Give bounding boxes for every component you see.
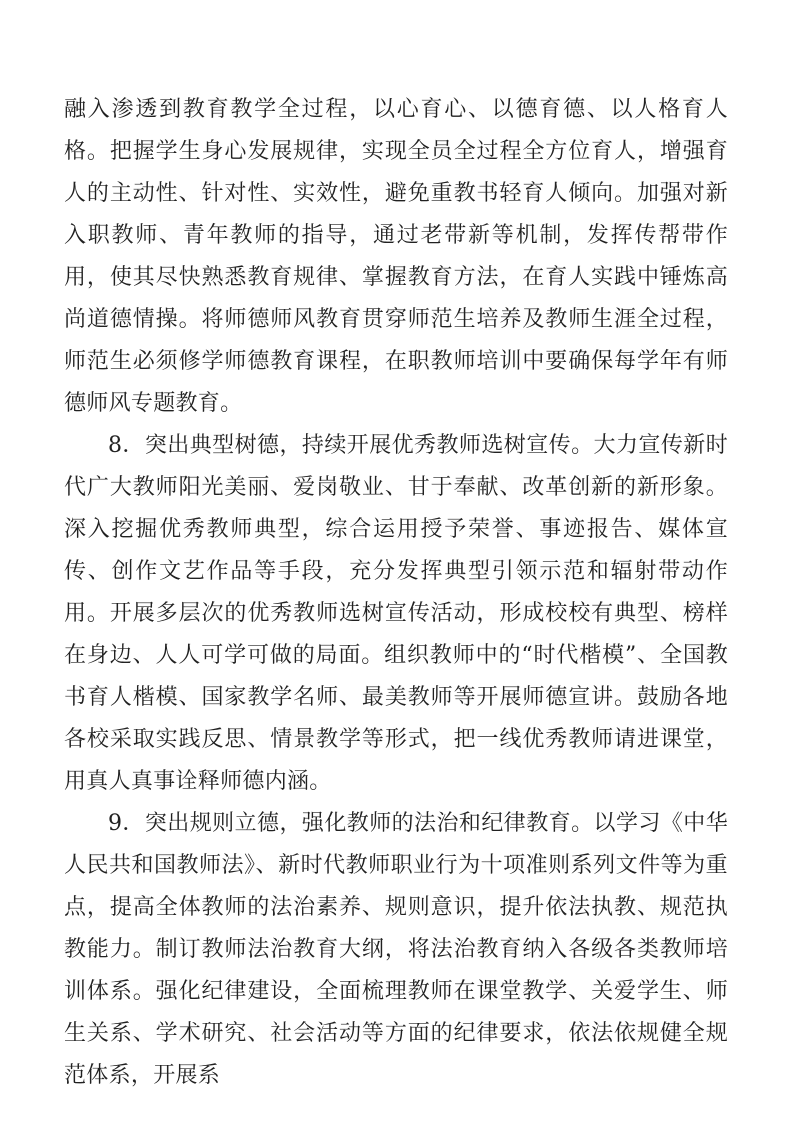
text-content: 融入渗透到教育教学全过程，以心育心、以德育德、以人格育人格。把握学生身心发展规律…: [64, 89, 728, 1097]
paragraph-continuation: 融入渗透到教育教学全过程，以心育心、以德育德、以人格育人格。把握学生身心发展规律…: [64, 89, 728, 425]
paragraph-item-8: 8．突出典型树德，持续开展优秀教师选树宣传。大力宣传新时代广大教师阳光美丽、爱岗…: [64, 425, 728, 803]
paragraph-item-9: 9．突出规则立德，强化教师的法治和纪律教育。以学习《中华人民共和国教师法》、新时…: [64, 803, 728, 1097]
document-page: 融入渗透到教育教学全过程，以心育心、以德育德、以人格育人格。把握学生身心发展规律…: [0, 0, 793, 1122]
